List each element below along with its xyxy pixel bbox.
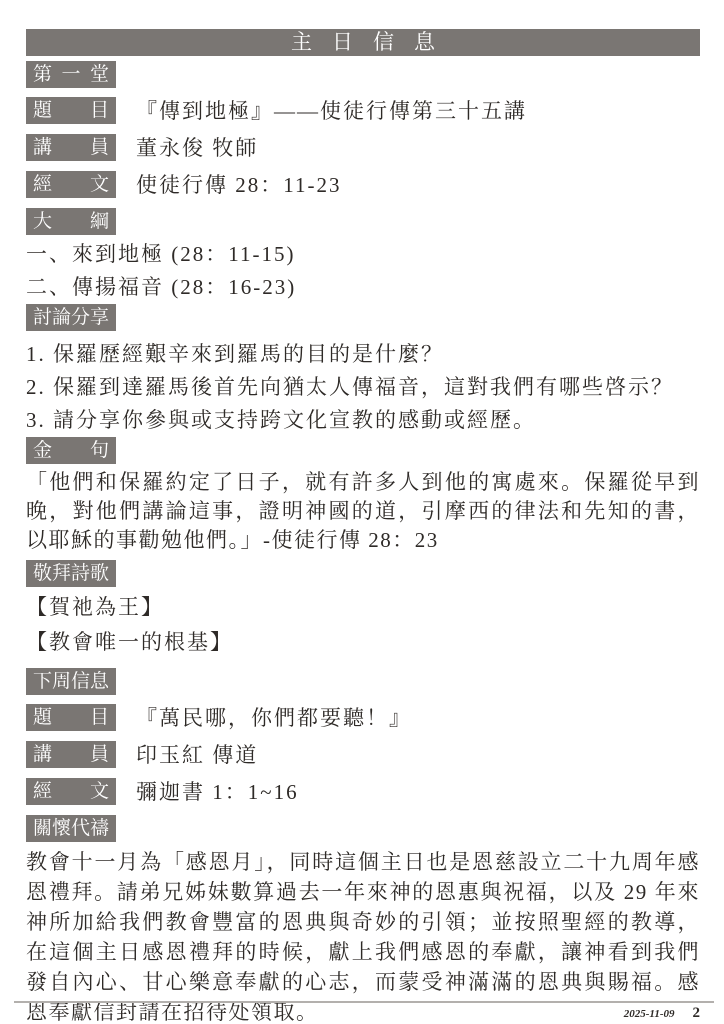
discussion-item: 1. 保羅歷經艱辛來到羅馬的目的是什麼？ xyxy=(26,338,700,371)
section-label-golden-verse: 金句 xyxy=(26,437,116,464)
topic-text: 『傳到地極』——使徒行傳第三十五講 xyxy=(136,95,527,125)
page-title: 主日信息 xyxy=(26,29,700,56)
care-paragraph: 教會十一月為「感恩月」，同時這個主日也是恩慈設立二十九周年感恩禮拜。請弟兄姊妹數… xyxy=(26,847,700,1024)
row-next-week-scripture: 經文 彌迦書 1：1~16 xyxy=(26,776,700,806)
section-label-first-service: 第一堂 xyxy=(26,61,116,88)
section-label-next-week: 下周信息 xyxy=(26,668,116,695)
section-label-worship-songs: 敬拜詩歌 xyxy=(26,560,116,587)
bulletin-content: 主日信息 第一堂 題目 『傳到地極』——使徒行傳第三十五講 講員 董永俊 牧師 … xyxy=(26,29,700,1024)
topic-label: 題目 xyxy=(26,97,116,124)
footer-page-number: 2 xyxy=(693,1005,701,1022)
scripture-text: 使徒行傳 28：11-23 xyxy=(136,169,341,199)
footer-date: 2025-11-09 xyxy=(624,1008,675,1020)
outline-item: 一、來到地極 (28：11-15) xyxy=(26,238,700,271)
discussion-item: 2. 保羅到達羅馬後首先向猶太人傳福音，這對我們有哪些啓示？ xyxy=(26,371,700,404)
next-week-scripture-text: 彌迦書 1：1~16 xyxy=(136,776,299,806)
next-week-topic-label: 題目 xyxy=(26,704,116,731)
next-week-scripture-label: 經文 xyxy=(26,778,116,805)
row-next-week-topic: 題目 『萬民哪，你們都要聽！』 xyxy=(26,702,700,732)
row-speaker: 講員 董永俊 牧師 xyxy=(26,132,700,162)
section-label-discussion: 討論分享 xyxy=(26,304,116,331)
speaker-text: 董永俊 牧師 xyxy=(136,132,258,162)
next-week-speaker-text: 印玉紅 傳道 xyxy=(136,739,258,769)
scripture-label: 經文 xyxy=(26,171,116,198)
outline-item: 二、傳揚福音 (28：16-23) xyxy=(26,271,700,304)
song-item: 【賀祂為王】 xyxy=(26,590,700,625)
discussion-item: 3. 請分享你參與或支持跨文化宣教的感動或經歷。 xyxy=(26,404,700,437)
section-label-care-prayer: 關懷代禱 xyxy=(26,815,116,842)
song-item: 【教會唯一的根基】 xyxy=(26,625,700,660)
worship-song-list: 【賀祂為王】 【教會唯一的根基】 xyxy=(26,590,700,660)
section-label-outline: 大綱 xyxy=(26,208,116,235)
page-footer: 2025-11-09 2 xyxy=(14,1001,714,1022)
outline-list: 一、來到地極 (28：11-15) 二、傳揚福音 (28：16-23) xyxy=(26,238,700,304)
next-week-speaker-label: 講員 xyxy=(26,741,116,768)
discussion-list: 1. 保羅歷經艱辛來到羅馬的目的是什麼？ 2. 保羅到達羅馬後首先向猶太人傳福音… xyxy=(26,338,700,437)
golden-verse-text: 「他們和保羅約定了日子，就有許多人到他的寓處來。保羅從早到晚，對他們講論這事，證… xyxy=(26,468,700,555)
next-week-topic-text: 『萬民哪，你們都要聽！』 xyxy=(136,702,412,732)
speaker-label: 講員 xyxy=(26,134,116,161)
row-topic: 題目 『傳到地極』——使徒行傳第三十五講 xyxy=(26,95,700,125)
row-next-week-speaker: 講員 印玉紅 傳道 xyxy=(26,739,700,769)
row-scripture: 經文 使徒行傳 28：11-23 xyxy=(26,169,700,199)
bulletin-page: 主日信息 第一堂 題目 『傳到地極』——使徒行傳第三十五講 講員 董永俊 牧師 … xyxy=(0,0,724,1024)
